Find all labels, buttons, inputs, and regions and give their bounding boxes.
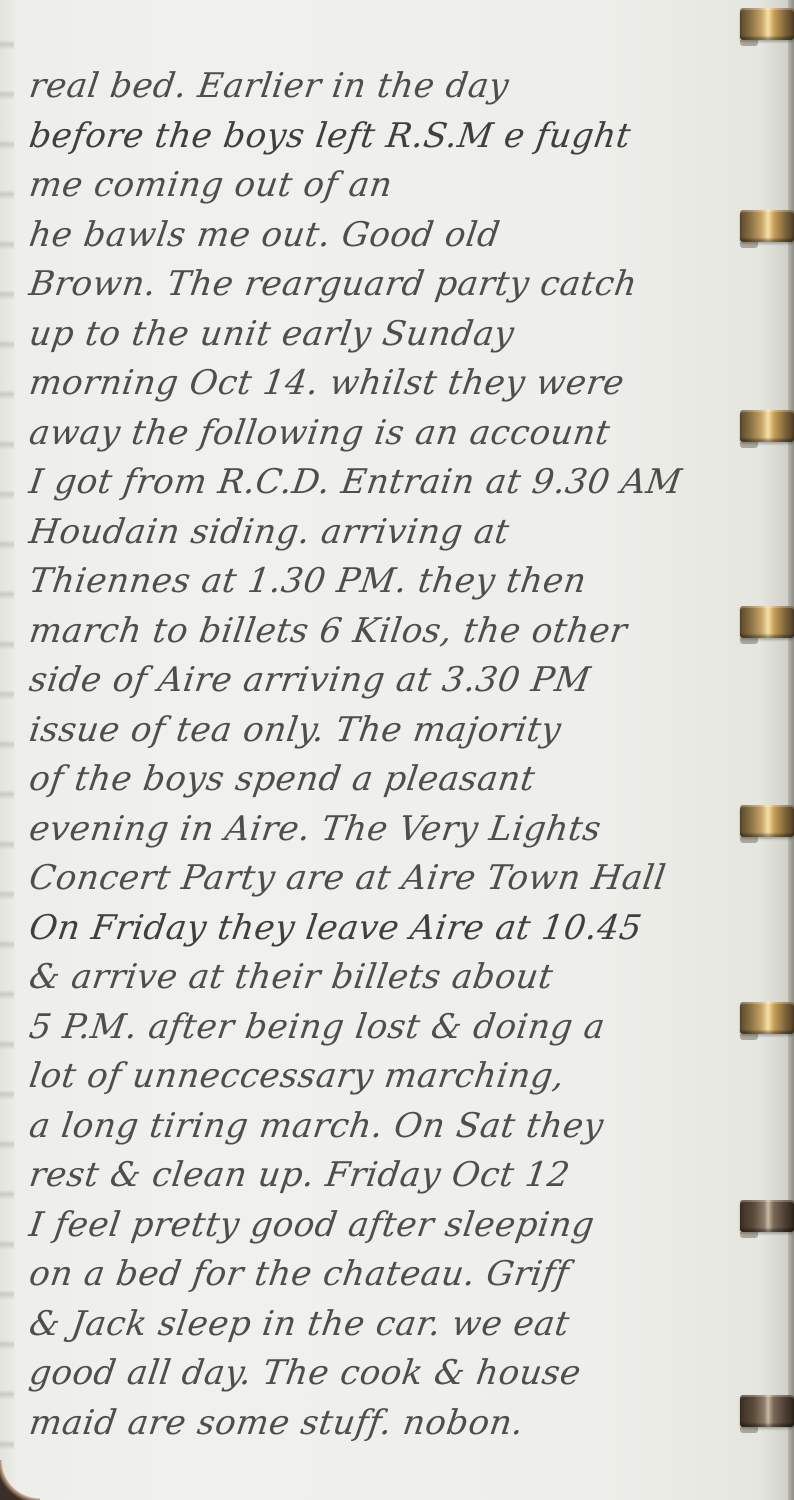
page-corner (0, 1460, 40, 1500)
text-line: I feel pretty good after sleeping (26, 1201, 783, 1251)
text-line: away the following is an account (26, 409, 783, 459)
text-line: of the boys spend a pleasant (26, 755, 783, 805)
text-line: side of Aire arriving at 3.30 PM (26, 656, 783, 706)
text-line: he bawls me out. Good old (26, 211, 783, 261)
text-line: lot of unneccessary marching, (26, 1052, 783, 1102)
text-line: Thiennes at 1.30 PM. they then (26, 557, 783, 607)
text-line: 5 P.M. after being lost & doing a (26, 1003, 783, 1053)
text-line: march to billets 6 Kilos, the other (26, 607, 783, 657)
text-line: evening in Aire. The Very Lights (26, 805, 783, 855)
text-line: I got from R.C.D. Entrain at 9.30 AM (26, 458, 783, 508)
diary-page: real bed. Earlier in the day before the … (0, 0, 794, 1500)
text-line: Houdain siding. arriving at (26, 508, 783, 558)
text-line: & arrive at their billets about (26, 953, 783, 1003)
text-line: morning Oct 14. whilst they were (26, 359, 783, 409)
text-line: & Jack sleep in the car. we eat (26, 1300, 783, 1350)
handwritten-text: real bed. Earlier in the day before the … (26, 62, 776, 1448)
text-line: good all day. The cook & house (26, 1349, 783, 1399)
text-line: issue of tea only. The majority (26, 706, 783, 756)
text-line: On Friday they leave Aire at 10.45 (26, 904, 783, 954)
text-line: up to the unit early Sunday (26, 310, 783, 360)
text-line: maid are some stuff. nobon. (26, 1399, 783, 1449)
text-line: before the boys left R.S.M e fught (26, 112, 783, 162)
text-line: on a bed for the chateau. Griff (26, 1250, 783, 1300)
text-line: Brown. The rearguard party catch (26, 260, 783, 310)
text-line: real bed. Earlier in the day (26, 62, 783, 112)
text-line: Concert Party are at Aire Town Hall (26, 854, 783, 904)
text-line: rest & clean up. Friday Oct 12 (26, 1151, 783, 1201)
binder-ring (740, 8, 794, 40)
text-line: me coming out of an (26, 161, 783, 211)
text-line: a long tiring march. On Sat they (26, 1102, 783, 1152)
